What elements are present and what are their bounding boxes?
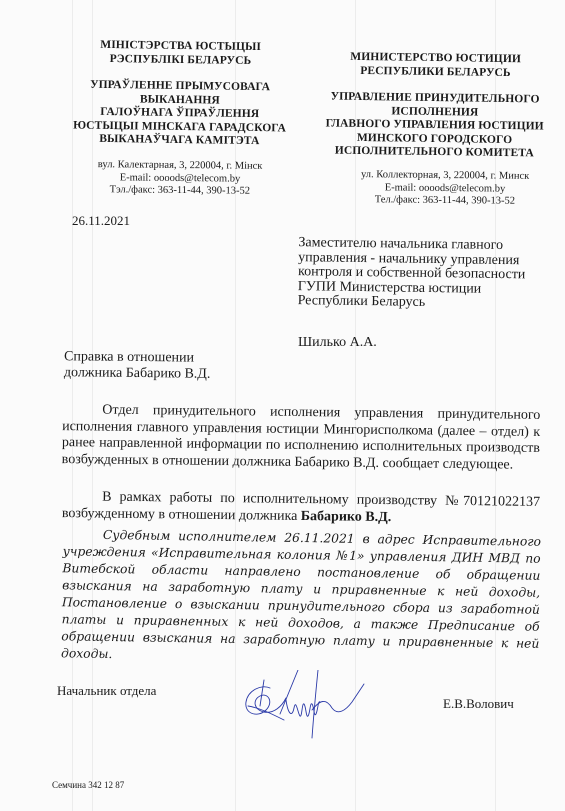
document-date: 26.11.2021 (72, 213, 130, 229)
contact-block-russian: ул. Коллекторная, 3, 220004, г. Минск E-… (330, 169, 560, 209)
paragraph-actions: Судебным исполнителем 26.11.2021 в адрес… (61, 526, 541, 669)
handwritten-signature (240, 670, 370, 740)
address: вул. Калектарная, 3, 220004, г. Мінск (65, 159, 295, 174)
paragraph-proceeding: В рамках работы по исполнительному произ… (62, 489, 540, 528)
document-page: МІНІСТЭРСТВА ЮСТЫЦЫІ РЭСПУБЛІКІ БЕЛАРУСЬ… (0, 0, 565, 811)
phone: Тэл./факс: 363-11-44, 390-13-52 (65, 184, 295, 199)
subject: Справка в отношении должника Бабарико В.… (64, 349, 211, 383)
recipient-line: Республики Беларусь (298, 294, 563, 312)
department-line: ИСПОЛНИТЕЛЬНОГО КОМИТЕТА (309, 144, 559, 161)
letterhead-belarusian: МІНІСТЭРСТВА ЮСТЫЦЫІ РЭСПУБЛІКІ БЕЛАРУСЬ… (59, 38, 300, 149)
debtor-name: Бабарико В.Д. (301, 508, 392, 524)
executor-contact: Семчина 342 12 87 (52, 780, 124, 790)
letterhead-russian: МИНИСТЕРСТВО ЮСТИЦИИ РЕСПУБЛИКИ БЕЛАРУСЬ… (309, 50, 560, 161)
paragraph-intro: Отдел принудительного исполнения управле… (62, 402, 541, 474)
address: ул. Коллекторная, 3, 220004, г. Минск (330, 169, 560, 184)
recipient-block: Заместителю начальника главного управлен… (298, 236, 564, 312)
phone: Тел./факс: 363-11-44, 390-13-52 (330, 194, 560, 209)
subject-line: должника Бабарико В.Д. (64, 365, 211, 383)
contact-block-belarusian: вул. Калектарная, 3, 220004, г. Мінск E-… (65, 159, 295, 199)
subject-line: Справка в отношении (64, 349, 211, 367)
signatory-name: Е.В.Волович (443, 696, 514, 712)
signatory-title: Начальник отдела (57, 683, 156, 699)
recipient-name: Шилько А.А. (298, 335, 377, 351)
